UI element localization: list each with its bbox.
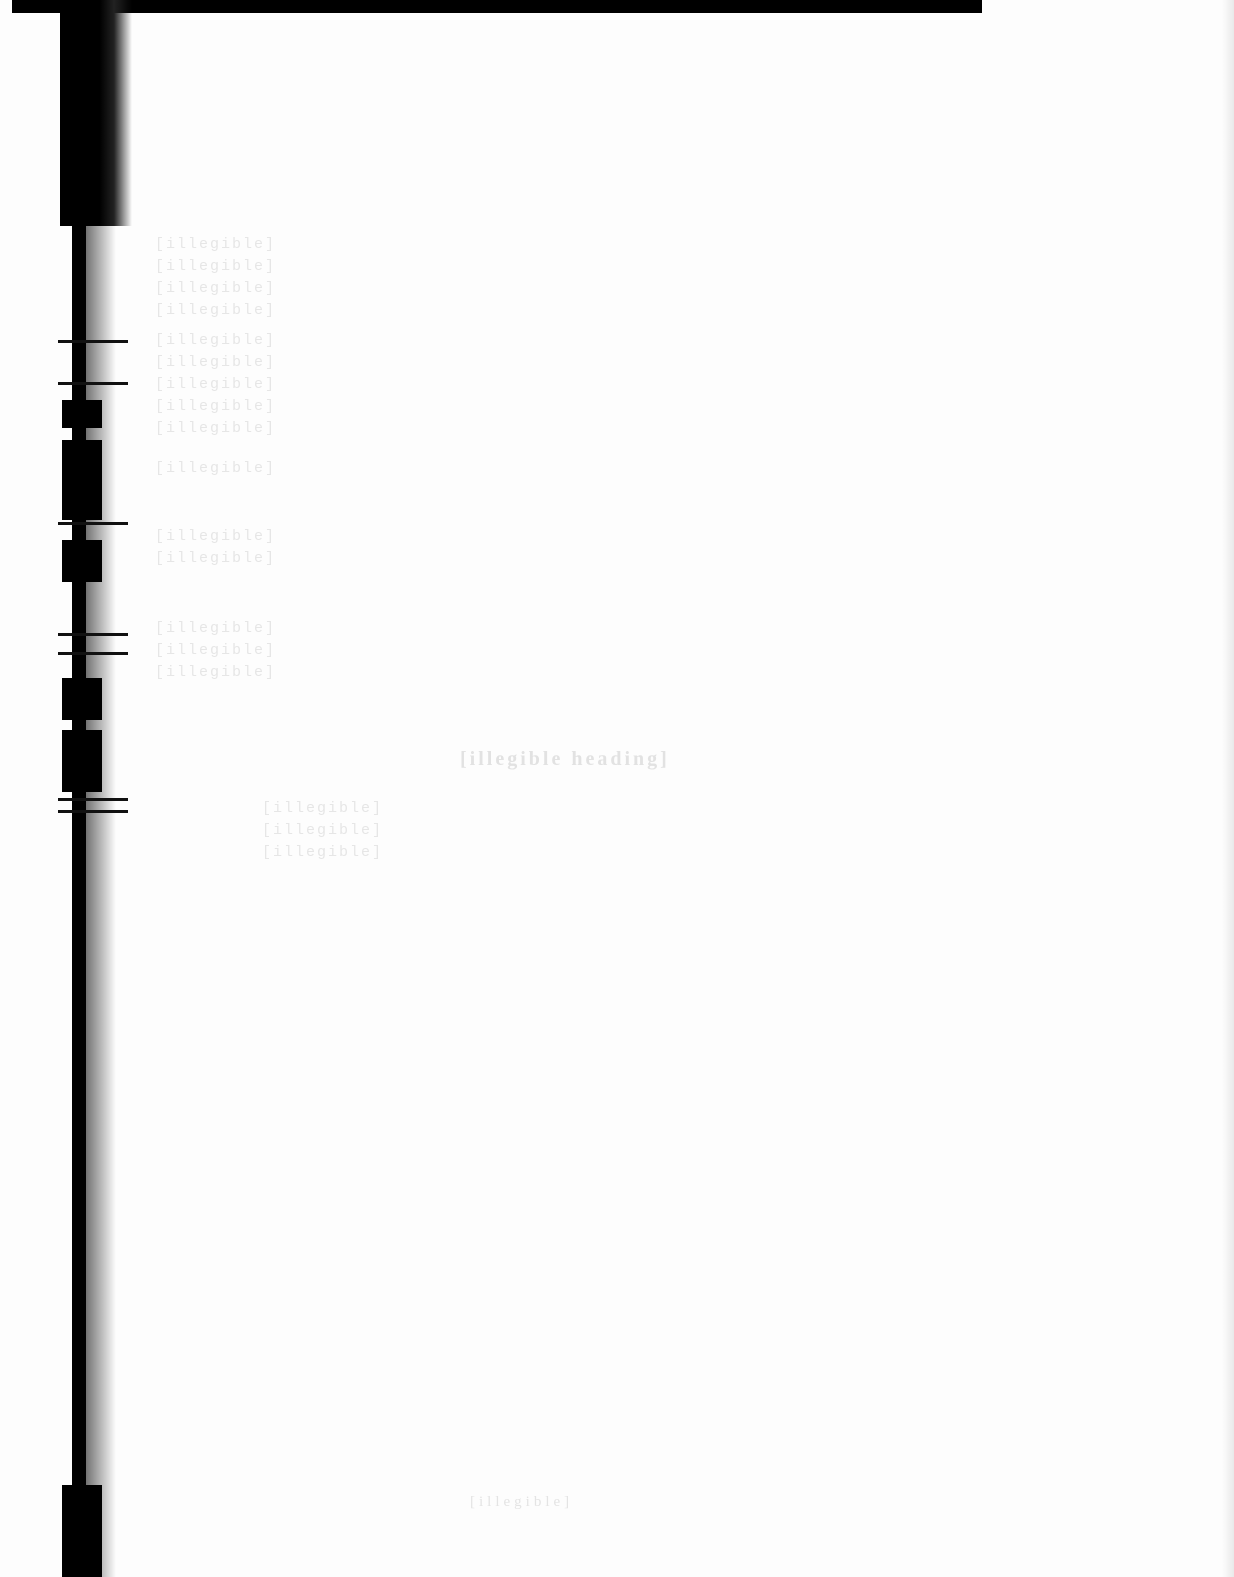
binding-shadow [60, 0, 132, 226]
text-line: [illegible] [155, 376, 1025, 393]
binding-mark [58, 340, 128, 343]
binding-mark [58, 810, 128, 813]
text-line: [illegible] [155, 528, 1025, 545]
binding-block [62, 540, 102, 582]
binding-mark [58, 798, 128, 801]
text-line: [illegible] [155, 420, 415, 437]
page-footer: [illegible] [470, 1494, 573, 1511]
spine-shadow [86, 226, 116, 1577]
text-line: [illegible] [155, 398, 1025, 415]
binding-mark [58, 652, 128, 655]
text-line: [illegible] [155, 280, 1025, 297]
list-item: [illegible] [262, 844, 862, 861]
page-right-edge [1222, 0, 1234, 1577]
binding-block [62, 1485, 102, 1577]
text-line: [illegible] [155, 460, 1025, 477]
text-line: [illegible] [155, 258, 1025, 275]
binding-block [62, 440, 102, 520]
text-line: [illegible] [155, 642, 1025, 659]
binding-mark [58, 522, 128, 525]
spine-edge [72, 226, 86, 1577]
text-line: [illegible] [155, 236, 1025, 253]
text-line: [illegible] [155, 664, 1025, 681]
text-line: [illegible] [155, 550, 475, 567]
binding-block [62, 678, 102, 720]
text-line: [illegible] [155, 620, 1025, 637]
binding-block [62, 730, 102, 792]
binding-mark [58, 382, 128, 385]
list-item: [illegible] [262, 800, 862, 817]
text-line: [illegible] [155, 302, 1025, 319]
binding-block [62, 400, 102, 428]
section-heading: [illegible heading] [460, 748, 670, 771]
list-item: [illegible] [262, 822, 862, 839]
scanner-top-border [12, 0, 982, 13]
text-line: [illegible] [155, 332, 1025, 349]
text-line: [illegible] [155, 354, 1025, 371]
binding-mark [58, 633, 128, 636]
